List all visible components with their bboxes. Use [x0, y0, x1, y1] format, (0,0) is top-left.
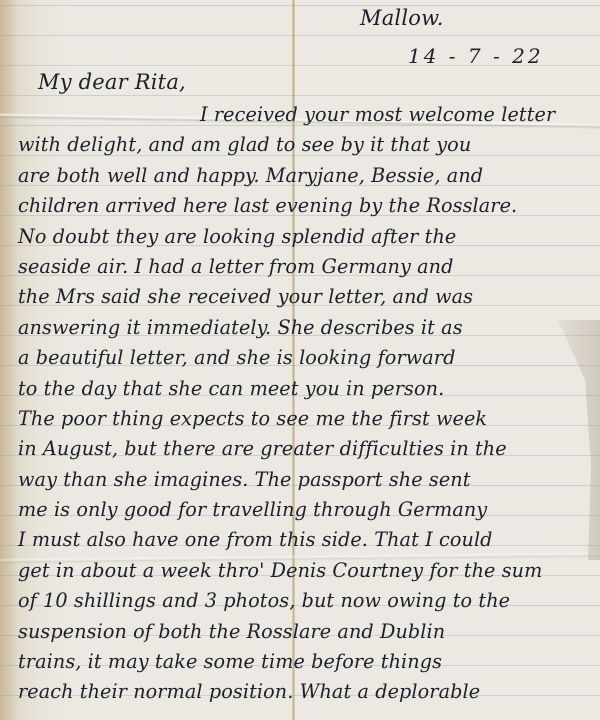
body-line: answering it immediately. She describes … — [18, 313, 598, 343]
letter-place: Mallow. — [360, 6, 444, 30]
body-line: trains, it may take some time before thi… — [18, 647, 598, 677]
body-line: are both well and happy. Maryjane, Bessi… — [18, 161, 598, 191]
body-line: reach their normal position. What a depl… — [18, 677, 598, 707]
letter-salutation: My dear Rita, — [38, 70, 186, 94]
body-line: with delight, and am glad to see by it t… — [18, 130, 598, 160]
body-line: the Mrs said she received your letter, a… — [18, 282, 598, 312]
letter-body: I received your most welcome letter with… — [18, 100, 598, 708]
body-line: way than she imagines. The passport she … — [18, 465, 598, 495]
body-line: me is only good for travelling through G… — [18, 495, 598, 525]
body-line: in August, but there are greater difficu… — [18, 434, 598, 464]
body-line: children arrived here last evening by th… — [18, 191, 598, 221]
body-line: get in about a week thro' Denis Courtney… — [18, 556, 598, 586]
letter-page: Mallow. 14 - 7 - 22 My dear Rita, I rece… — [0, 0, 600, 720]
body-line: I must also have one from this side. Tha… — [18, 525, 598, 555]
letter-date: 14 - 7 - 22 — [408, 44, 544, 68]
body-line: a beautiful letter, and she is looking f… — [18, 343, 598, 373]
body-line: The poor thing expects to see me the fir… — [18, 404, 598, 434]
body-line: seaside air. I had a letter from Germany… — [18, 252, 598, 282]
body-line: I received your most welcome letter — [18, 100, 598, 130]
body-line: suspension of both the Rosslare and Dubl… — [18, 617, 598, 647]
body-line: of 10 shillings and 3 photos, but now ow… — [18, 586, 598, 616]
body-line: to the day that she can meet you in pers… — [18, 374, 598, 404]
body-line: No doubt they are looking splendid after… — [18, 222, 598, 252]
